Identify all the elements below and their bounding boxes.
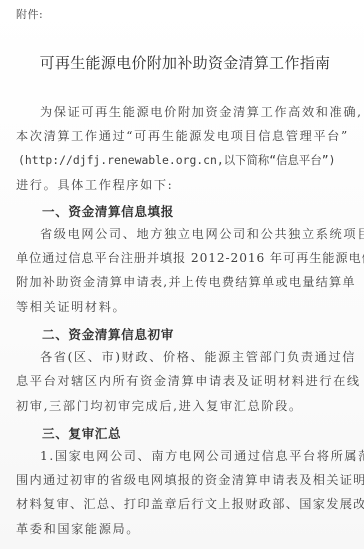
section-3-heading: 三、复审汇总 [42, 423, 121, 442]
section-3-line-3: 材料复审、汇总、打印盖章后行文上报财政部、国家发展改 [16, 496, 352, 512]
section-3-line-1: 1.国家电网公司、南方电网公司通过信息平台将所属范 [40, 448, 352, 464]
document-page: 附件: 可再生能源电价附加补助资金清算工作指南 为保证可再生能源电价附加资金清算… [0, 0, 364, 549]
section-1-line-4: 等相关证明材料。 [16, 299, 352, 315]
section-3-line-2: 围内通过初审的省级电网填报的资金清算申请表及相关证明 [16, 472, 352, 488]
intro-line-2: 本次清算工作通过“可再生能源发电项目信息管理平台” [16, 128, 352, 144]
section-3-line-4: 革委和国家能源局。 [16, 521, 352, 537]
intro-line-1: 为保证可再生能源电价附加资金清算工作高效和准确, [40, 104, 352, 120]
section-2-heading: 二、资金清算信息初审 [42, 324, 174, 343]
attachment-label: 附件: [16, 6, 43, 22]
section-1-line-2: 单位通过信息平台注册并填报 2012-2016 年可再生能源电价 [16, 250, 352, 266]
section-1-heading: 一、资金清算信息填报 [42, 201, 174, 220]
section-1-line-1: 省级电网公司、地方独立电网公司和公共独立系统项目 [40, 226, 352, 242]
section-2-line-3: 初审,三部门均初审完成后,进入复审汇总阶段。 [16, 398, 352, 414]
section-2-line-2: 息平台对辖区内所有资金清算申请表及证明材料进行在线 [16, 373, 352, 389]
document-title: 可再生能源电价附加补助资金清算工作指南 [0, 52, 364, 73]
section-1-line-3: 附加补助资金清算申请表,并上传电费结算单或电量结算单 [16, 274, 352, 290]
intro-line-4: 进行。具体工作程序如下: [16, 177, 352, 193]
section-2-line-1: 各省(区、市)财政、价格、能源主管部门负责通过信 [40, 349, 352, 365]
intro-line-3-url: (http://djfj.renewable.org.cn,以下简称“信息平台”… [18, 152, 354, 168]
